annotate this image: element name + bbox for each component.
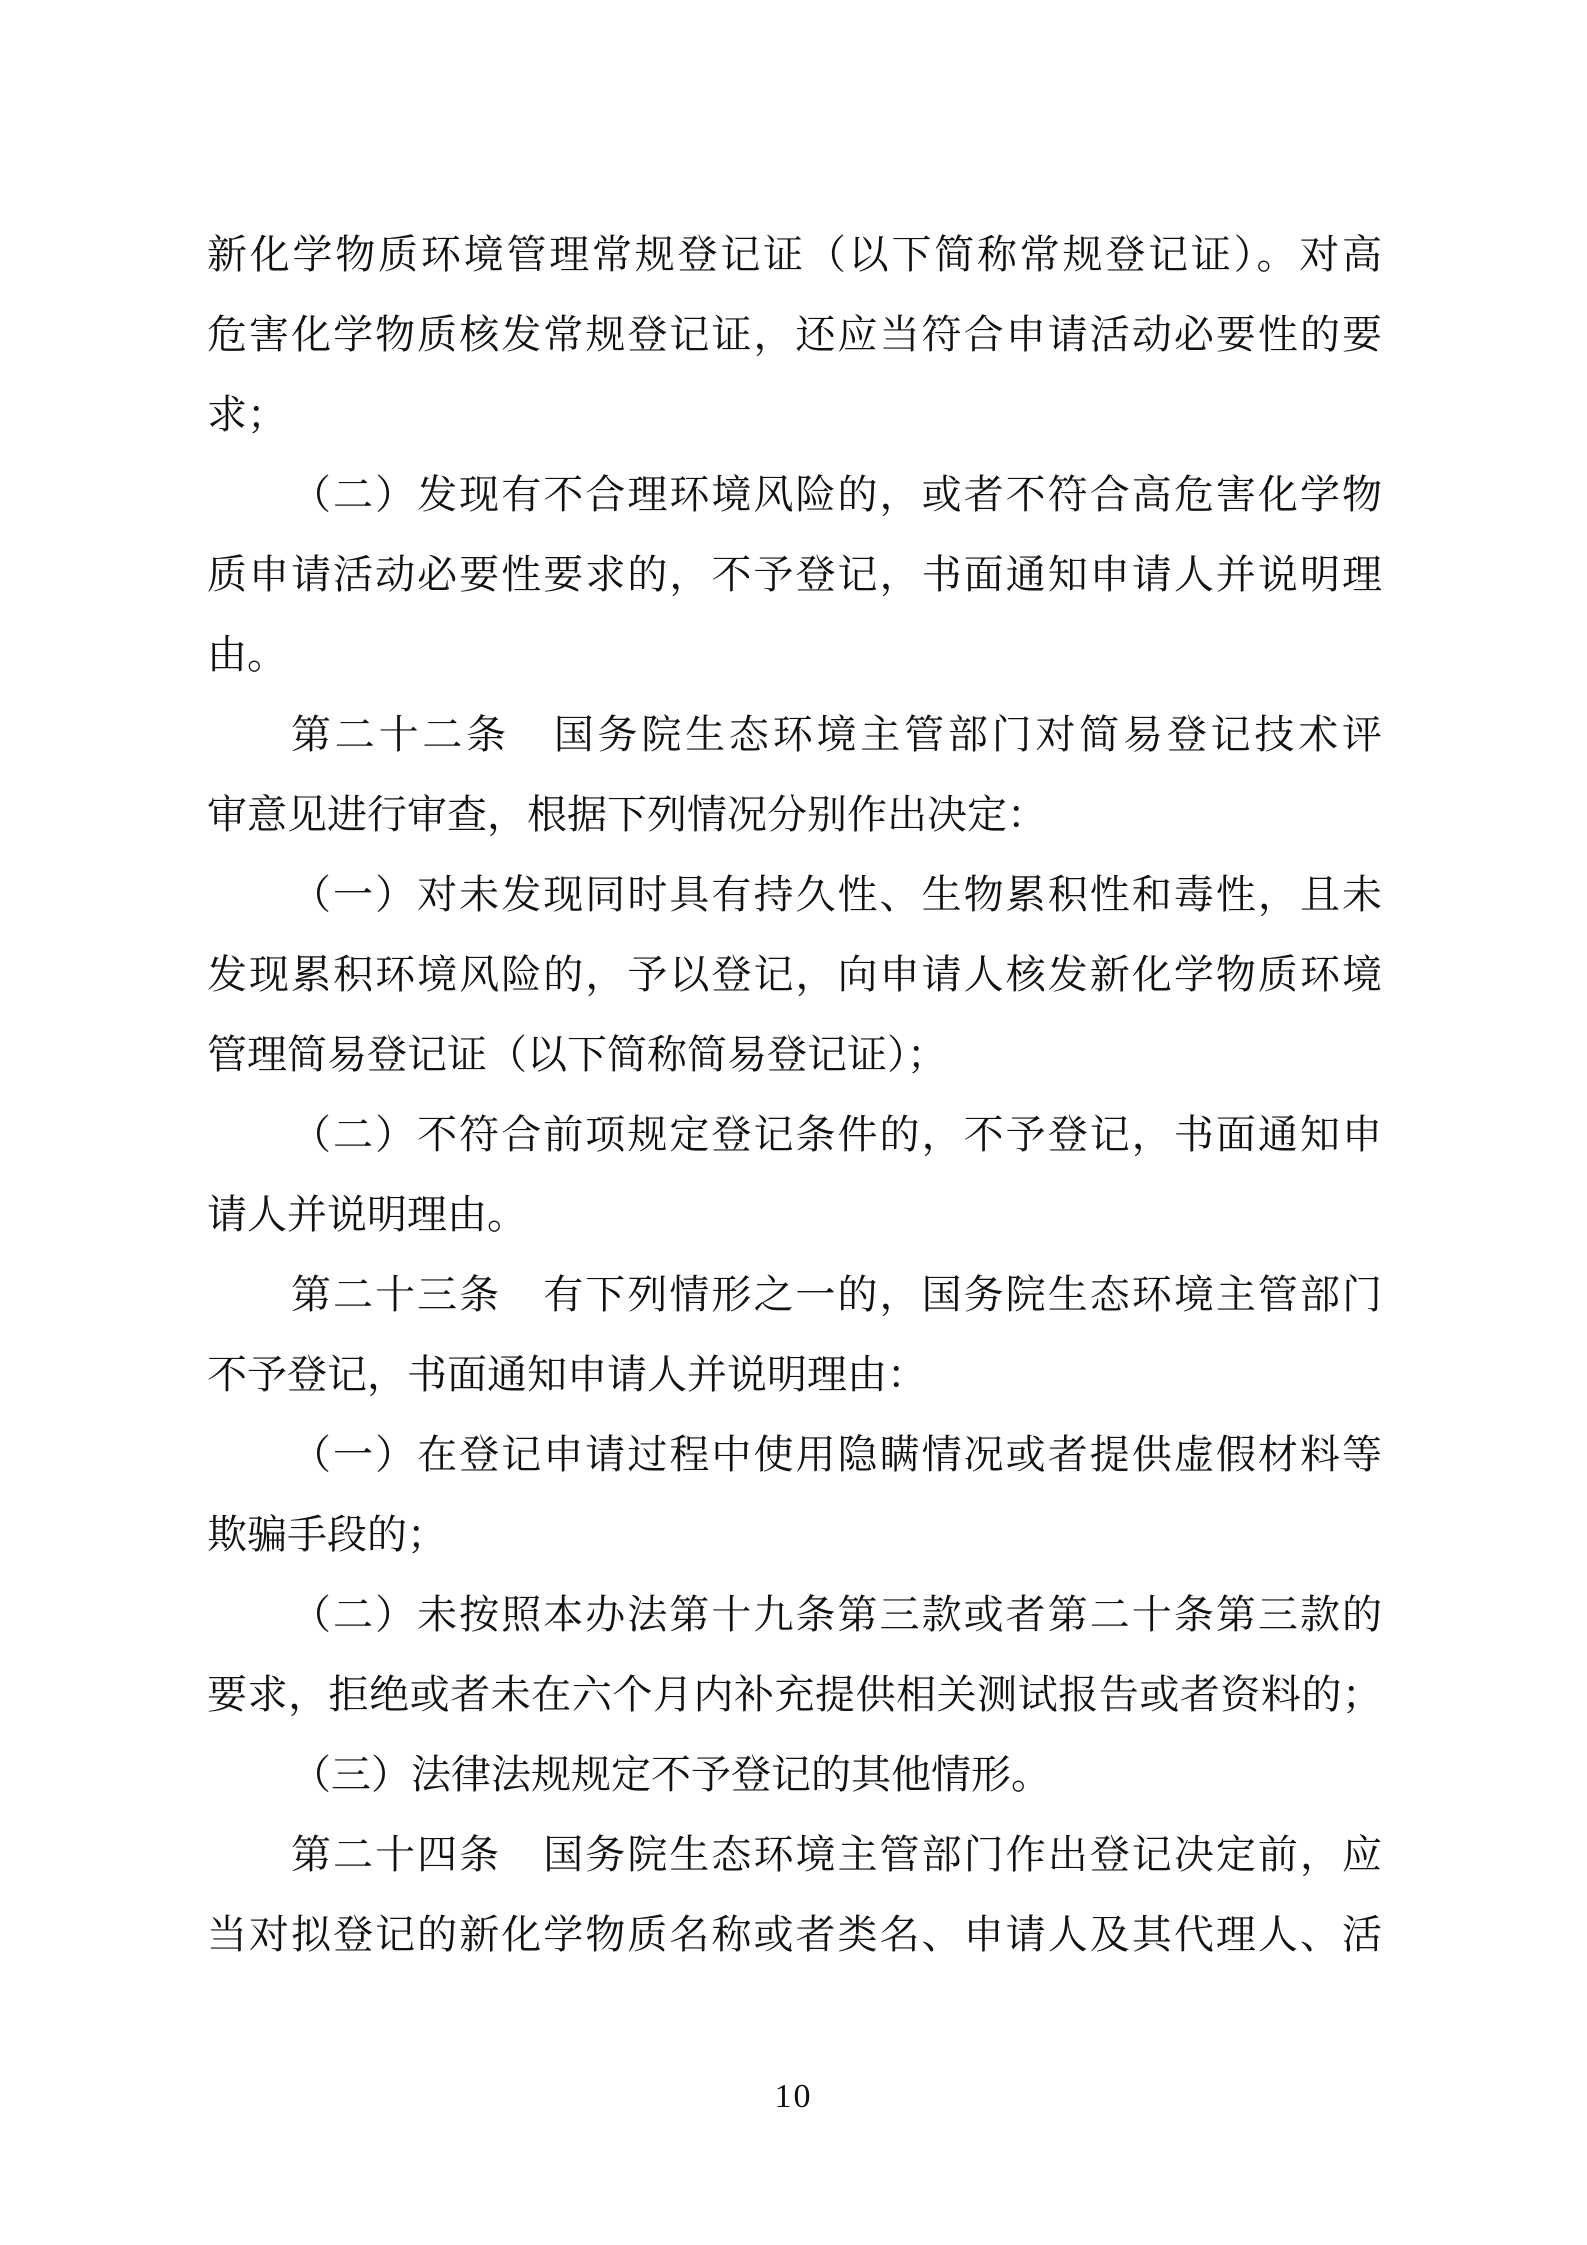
text-line: 欺骗手段的；	[207, 1507, 1382, 1563]
clause-item-1: （一）在登记申请过程中使用隐瞒情况或者提供虚假材料等	[291, 1427, 1382, 1483]
text-line: 危害化学物质核发常规登记证，还应当符合申请活动必要性的要	[207, 307, 1382, 363]
text-line: 质申请活动必要性要求的，不予登记，书面通知申请人并说明理	[207, 547, 1382, 603]
text-line: 审意见进行审查，根据下列情况分别作出决定：	[207, 787, 1382, 843]
text-line: 求；	[207, 387, 1382, 443]
clause-item-2: （二）未按照本办法第十九条第三款或者第二十条第三款的	[291, 1587, 1382, 1643]
text-line: 要求，拒绝或者未在六个月内补充提供相关测试报告或者资料的；	[207, 1667, 1382, 1723]
text-line: 管理简易登记证（以下简称简易登记证）；	[207, 1027, 1382, 1083]
text-line: 新化学物质环境管理常规登记证（以下简称常规登记证）。对高	[207, 227, 1382, 283]
article-23-heading: 第二十三条 有下列情形之一的，国务院生态环境主管部门	[291, 1267, 1382, 1323]
text-line: 由。	[207, 627, 1382, 683]
clause-item-3: （三）法律法规规定不予登记的其他情形。	[291, 1747, 1382, 1803]
document-page: 新化学物质环境管理常规登记证（以下简称常规登记证）。对高 危害化学物质核发常规登…	[0, 0, 1587, 2245]
page-number: 10	[0, 2078, 1587, 2116]
article-22-heading: 第二十二条 国务院生态环境主管部门对简易登记技术评	[291, 707, 1382, 763]
clause-item-2: （二）发现有不合理环境风险的，或者不符合高危害化学物	[291, 467, 1382, 523]
article-24-heading: 第二十四条 国务院生态环境主管部门作出登记决定前，应	[291, 1827, 1382, 1883]
text-line: 不予登记，书面通知申请人并说明理由：	[207, 1347, 1382, 1403]
text-line: 当对拟登记的新化学物质名称或者类名、申请人及其代理人、活	[207, 1907, 1382, 1963]
clause-item-1: （一）对未发现同时具有持久性、生物累积性和毒性，且未	[291, 867, 1382, 923]
clause-item-2: （二）不符合前项规定登记条件的，不予登记，书面通知申	[291, 1107, 1382, 1163]
text-line: 发现累积环境风险的，予以登记，向申请人核发新化学物质环境	[207, 947, 1382, 1003]
text-line: 请人并说明理由。	[207, 1187, 1382, 1243]
